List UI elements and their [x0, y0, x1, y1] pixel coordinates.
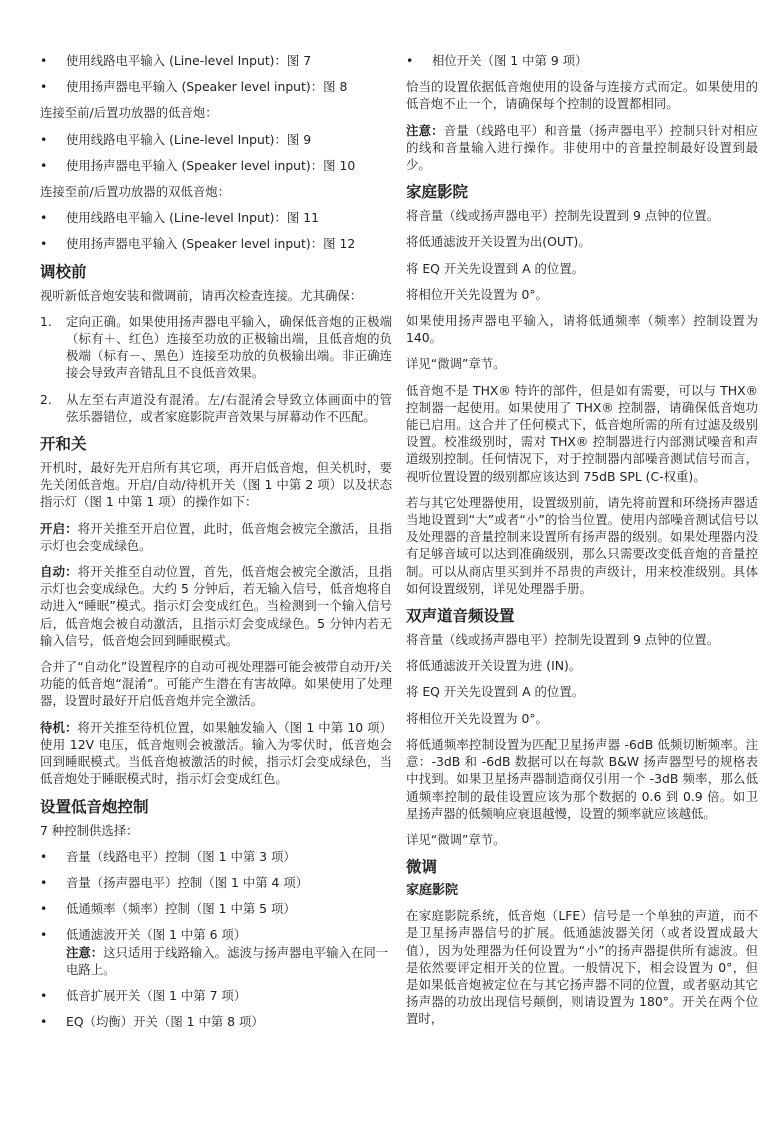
paragraph: 详见“微调”章节。 — [406, 355, 758, 372]
bullet-icon: • — [40, 848, 54, 865]
paragraph: 如果使用扬声器电平输入，请将低通频率（频率）控制设置为 140。 — [406, 312, 758, 346]
paragraph: 若与其它处理器使用，设置级别前，请先将前置和环绕扬声器适当地设置到“大”或者“小… — [406, 494, 758, 597]
section-heading-fine-tuning: 微调 — [406, 857, 758, 877]
paragraph: 恰当的设置依据低音炮使用的设备与连接方式而定。如果使用的低音炮不止一个，请确保每… — [406, 78, 758, 112]
paragraph: 开机时，最好先开启所有其它项，再开启低音炮，但关机时，要先关闭低音炮。开启/自动… — [40, 459, 392, 511]
list-item: •音量（扬声器电平）控制（图 1 中第 4 项） — [40, 874, 392, 891]
dual-label: 连接至前/后置功放器的双低音炮： — [40, 183, 392, 200]
bullet-icon: • — [40, 926, 54, 943]
list-item: •低音扩展开关（图 1 中第 7 项） — [40, 987, 392, 1004]
paragraph: 低音炮不是 THX® 特许的部件，但是如有需要，可以与 THX® 控制器一起使用… — [406, 382, 758, 485]
list-item: •相位开关（图 1 中第 9 项） — [406, 52, 758, 69]
paragraph: 视听新低音炮安装和微调前，请再次检查连接。尤其确保： — [40, 287, 392, 304]
list-item: •使用扬声器电平输入 (Speaker level input)：图 8 — [40, 78, 392, 95]
paragraph: 将音量（线或扬声器电平）控制先设置到 9 点钟的位置。 — [406, 631, 758, 648]
bullet-icon: • — [40, 157, 54, 174]
list-item: •使用扬声器电平输入 (Speaker level input)：图 12 — [40, 235, 392, 252]
list-item: •使用线路电平输入 (Line-level Input)：图 11 — [40, 209, 392, 226]
paragraph: 在家庭影院系统，低音炮（LFE）信号是一个单独的声道，而不是卫星扬声器信号的扩展… — [406, 907, 758, 1027]
section-heading-before-calibration: 调校前 — [40, 262, 392, 282]
numbered-item: 1.定向正确。如果使用扬声器电平输入，确保低音炮的正极端（标有＋、红色）连接至功… — [40, 313, 392, 382]
paragraph: 将低通频率控制设置为匹配卫星扬声器 -6dB 低频切断频率。注意：-3dB 和 … — [406, 736, 758, 822]
list-item: •使用线路电平输入 (Line-level Input)：图 9 — [40, 131, 392, 148]
section-heading-home-theater: 家庭影院 — [406, 182, 758, 202]
paragraph-standby: 待机：将开关推至待机位置，如果触发输入（图 1 中第 10 项）使用 12V 电… — [40, 719, 392, 788]
paragraph: 合并了“自动化”设置程序的自动可视处理器可能会被带自动开/关功能的低音炮“混淆”… — [40, 658, 392, 710]
paragraph: 将低通滤波开关设置为出(OUT)。 — [406, 233, 758, 250]
paragraph-on: 开启：将开关推至开启位置，此时，低音炮会被完全激活，且指示灯也会变成绿色。 — [40, 520, 392, 554]
paragraph: 将相位开关先设置为 0°。 — [406, 286, 758, 303]
bullet-icon: • — [40, 131, 54, 148]
bullet-icon: • — [40, 52, 54, 69]
note-paragraph: 注意：音量（线路电平）和音量（扬声器电平）控制只针对相应的线和音量输入进行操作。… — [406, 122, 758, 174]
paragraph: 7 种控制供选择： — [40, 822, 392, 839]
list-item: •音量（线路电平）控制（图 1 中第 3 项） — [40, 848, 392, 865]
section-heading-stereo: 双声道音频设置 — [406, 606, 758, 626]
paragraph: 详见“微调”章节。 — [406, 831, 758, 848]
list-item: •EQ（均衡）开关（图 1 中第 8 项） — [40, 1013, 392, 1030]
list-item: •低通滤波开关（图 1 中第 6 项）注意：这只适用于线路输入。滤波与扬声器电平… — [40, 926, 392, 978]
paragraph: 将低通滤波开关设置为进 (IN)。 — [406, 657, 758, 674]
list-item: •使用线路电平输入 (Line-level Input)：图 7 — [40, 52, 392, 69]
paragraph: 将相位开关先设置为 0°。 — [406, 710, 758, 727]
section-heading-controls: 设置低音炮控制 — [40, 797, 392, 817]
bullet-icon: • — [40, 209, 54, 226]
paragraph: 将 EQ 开关先设置到 A 的位置。 — [406, 683, 758, 700]
list-item: •使用扬声器电平输入 (Speaker level input)：图 10 — [40, 157, 392, 174]
prepost-label: 连接至前/后置功放器的低音炮： — [40, 104, 392, 121]
list-item: •低通频率（频率）控制（图 1 中第 5 项） — [40, 900, 392, 917]
paragraph: 将音量（线或扬声器电平）控制先设置到 9 点钟的位置。 — [406, 207, 758, 224]
left-column: •使用线路电平输入 (Line-level Input)：图 7 •使用扬声器电… — [40, 52, 392, 1039]
paragraph: 将 EQ 开关先设置到 A 的位置。 — [406, 260, 758, 277]
bullet-icon: • — [40, 235, 54, 252]
bullet-icon: • — [40, 874, 54, 891]
bullet-icon: • — [406, 52, 420, 69]
numbered-item: 2.从左至右声道没有混淆。左/右混淆会导致立体画面中的管弦乐器错位，或者家庭影院… — [40, 391, 392, 425]
right-column: •相位开关（图 1 中第 9 项） 恰当的设置依据低音炮使用的设备与连接方式而定… — [406, 52, 758, 1037]
bullet-icon: • — [40, 987, 54, 1004]
paragraph-auto: 自动：将开关推至自动位置，首先，低音炮会被完全激活，且指示灯也会变成绿色。大约 … — [40, 563, 392, 649]
section-heading-on-off: 开和关 — [40, 434, 392, 454]
subheading-home-theater: 家庭影院 — [406, 882, 758, 900]
bullet-icon: • — [40, 1013, 54, 1030]
bullet-icon: • — [40, 900, 54, 917]
bullet-icon: • — [40, 78, 54, 95]
